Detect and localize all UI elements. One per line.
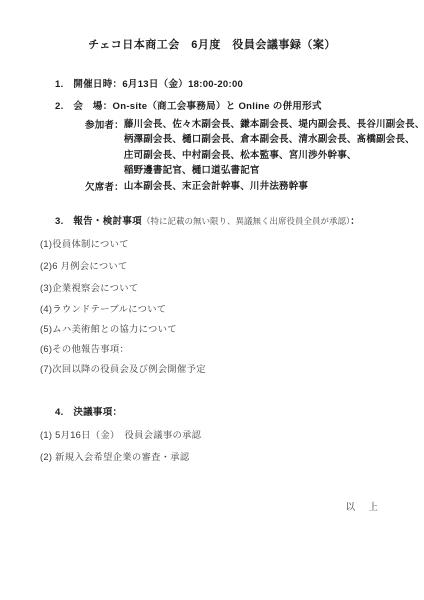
- absentees-label: 欠席者：: [85, 179, 124, 193]
- participants-block: 参加者： 藤川会長、佐々木副会長、鎌本副会長、堤内副会長、長谷川副会長、 柄澤副…: [85, 117, 424, 179]
- report-item: (7)次回以降の役員会及び例会開催予定: [40, 361, 206, 375]
- report-item: (5)ムハ美術館との協力について: [40, 321, 177, 335]
- meeting-datetime-line: 1. 開催日時：6月13日（金）18:00-20:00: [55, 76, 243, 90]
- section3-heading: 3. 報告・検討事項（特に記載の無い限り、異議無く出席役員全員が承認）：: [55, 213, 360, 227]
- decision-item: (2) 新規入会希望企業の審査・承認: [40, 449, 190, 463]
- report-item: (4)ラウンドテーブルについて: [40, 301, 166, 315]
- absentees-line: 山本副会長、末正会計幹事、川井法務幹事: [124, 179, 308, 194]
- absentees-block: 欠席者： 山本副会長、末正会計幹事、川井法務幹事: [85, 179, 308, 194]
- participants-line: 藤川会長、佐々木副会長、鎌本副会長、堤内副会長、長谷川副会長、: [124, 117, 424, 132]
- meeting-venue-line: 2. 会 場：On-site（商工会事務局）と Online の併用形式: [55, 98, 322, 112]
- document-title: チェコ日本商工会 6月度 役員会議事録（案）: [0, 36, 424, 52]
- report-item: (6)その他報告事項：: [40, 341, 129, 355]
- section4-number: 4.: [55, 407, 73, 418]
- section4-title: 決議事項：: [73, 407, 122, 418]
- document-page: チェコ日本商工会 6月度 役員会議事録（案） 1. 開催日時：6月13日（金）1…: [0, 0, 424, 600]
- section3-note: （特に記載の無い限り、異議無く出席役員全員が承認）: [142, 216, 350, 226]
- participants-names: 藤川会長、佐々木副会長、鎌本副会長、堤内副会長、長谷川副会長、 柄澤副会長、樋口…: [124, 117, 424, 179]
- report-item: (3)企業視察会について: [40, 280, 138, 294]
- section3-number: 3.: [55, 216, 73, 227]
- participants-line: 稲野邊書記官、樋口道弘書記官: [124, 163, 424, 178]
- participants-label: 参加者：: [85, 117, 124, 131]
- closing-mark: 以 上: [345, 499, 380, 513]
- participants-line: 柄澤副会長、樋口副会長、倉本副会長、清水副会長、髙橋副会長、: [124, 132, 424, 147]
- section4-heading: 4. 決議事項：: [55, 404, 122, 418]
- report-item: (2)6 月例会について: [40, 258, 128, 272]
- report-item: (1)役員体制について: [40, 236, 129, 250]
- section3-title: 報告・検討事項: [73, 216, 142, 227]
- section3-colon: ：: [350, 216, 360, 227]
- participants-line: 庄司副会長、中村副会長、松本監事、宮川渉外幹事、: [124, 148, 424, 163]
- decision-item: (1) 5月16日（金） 役員会議事の承認: [40, 427, 201, 441]
